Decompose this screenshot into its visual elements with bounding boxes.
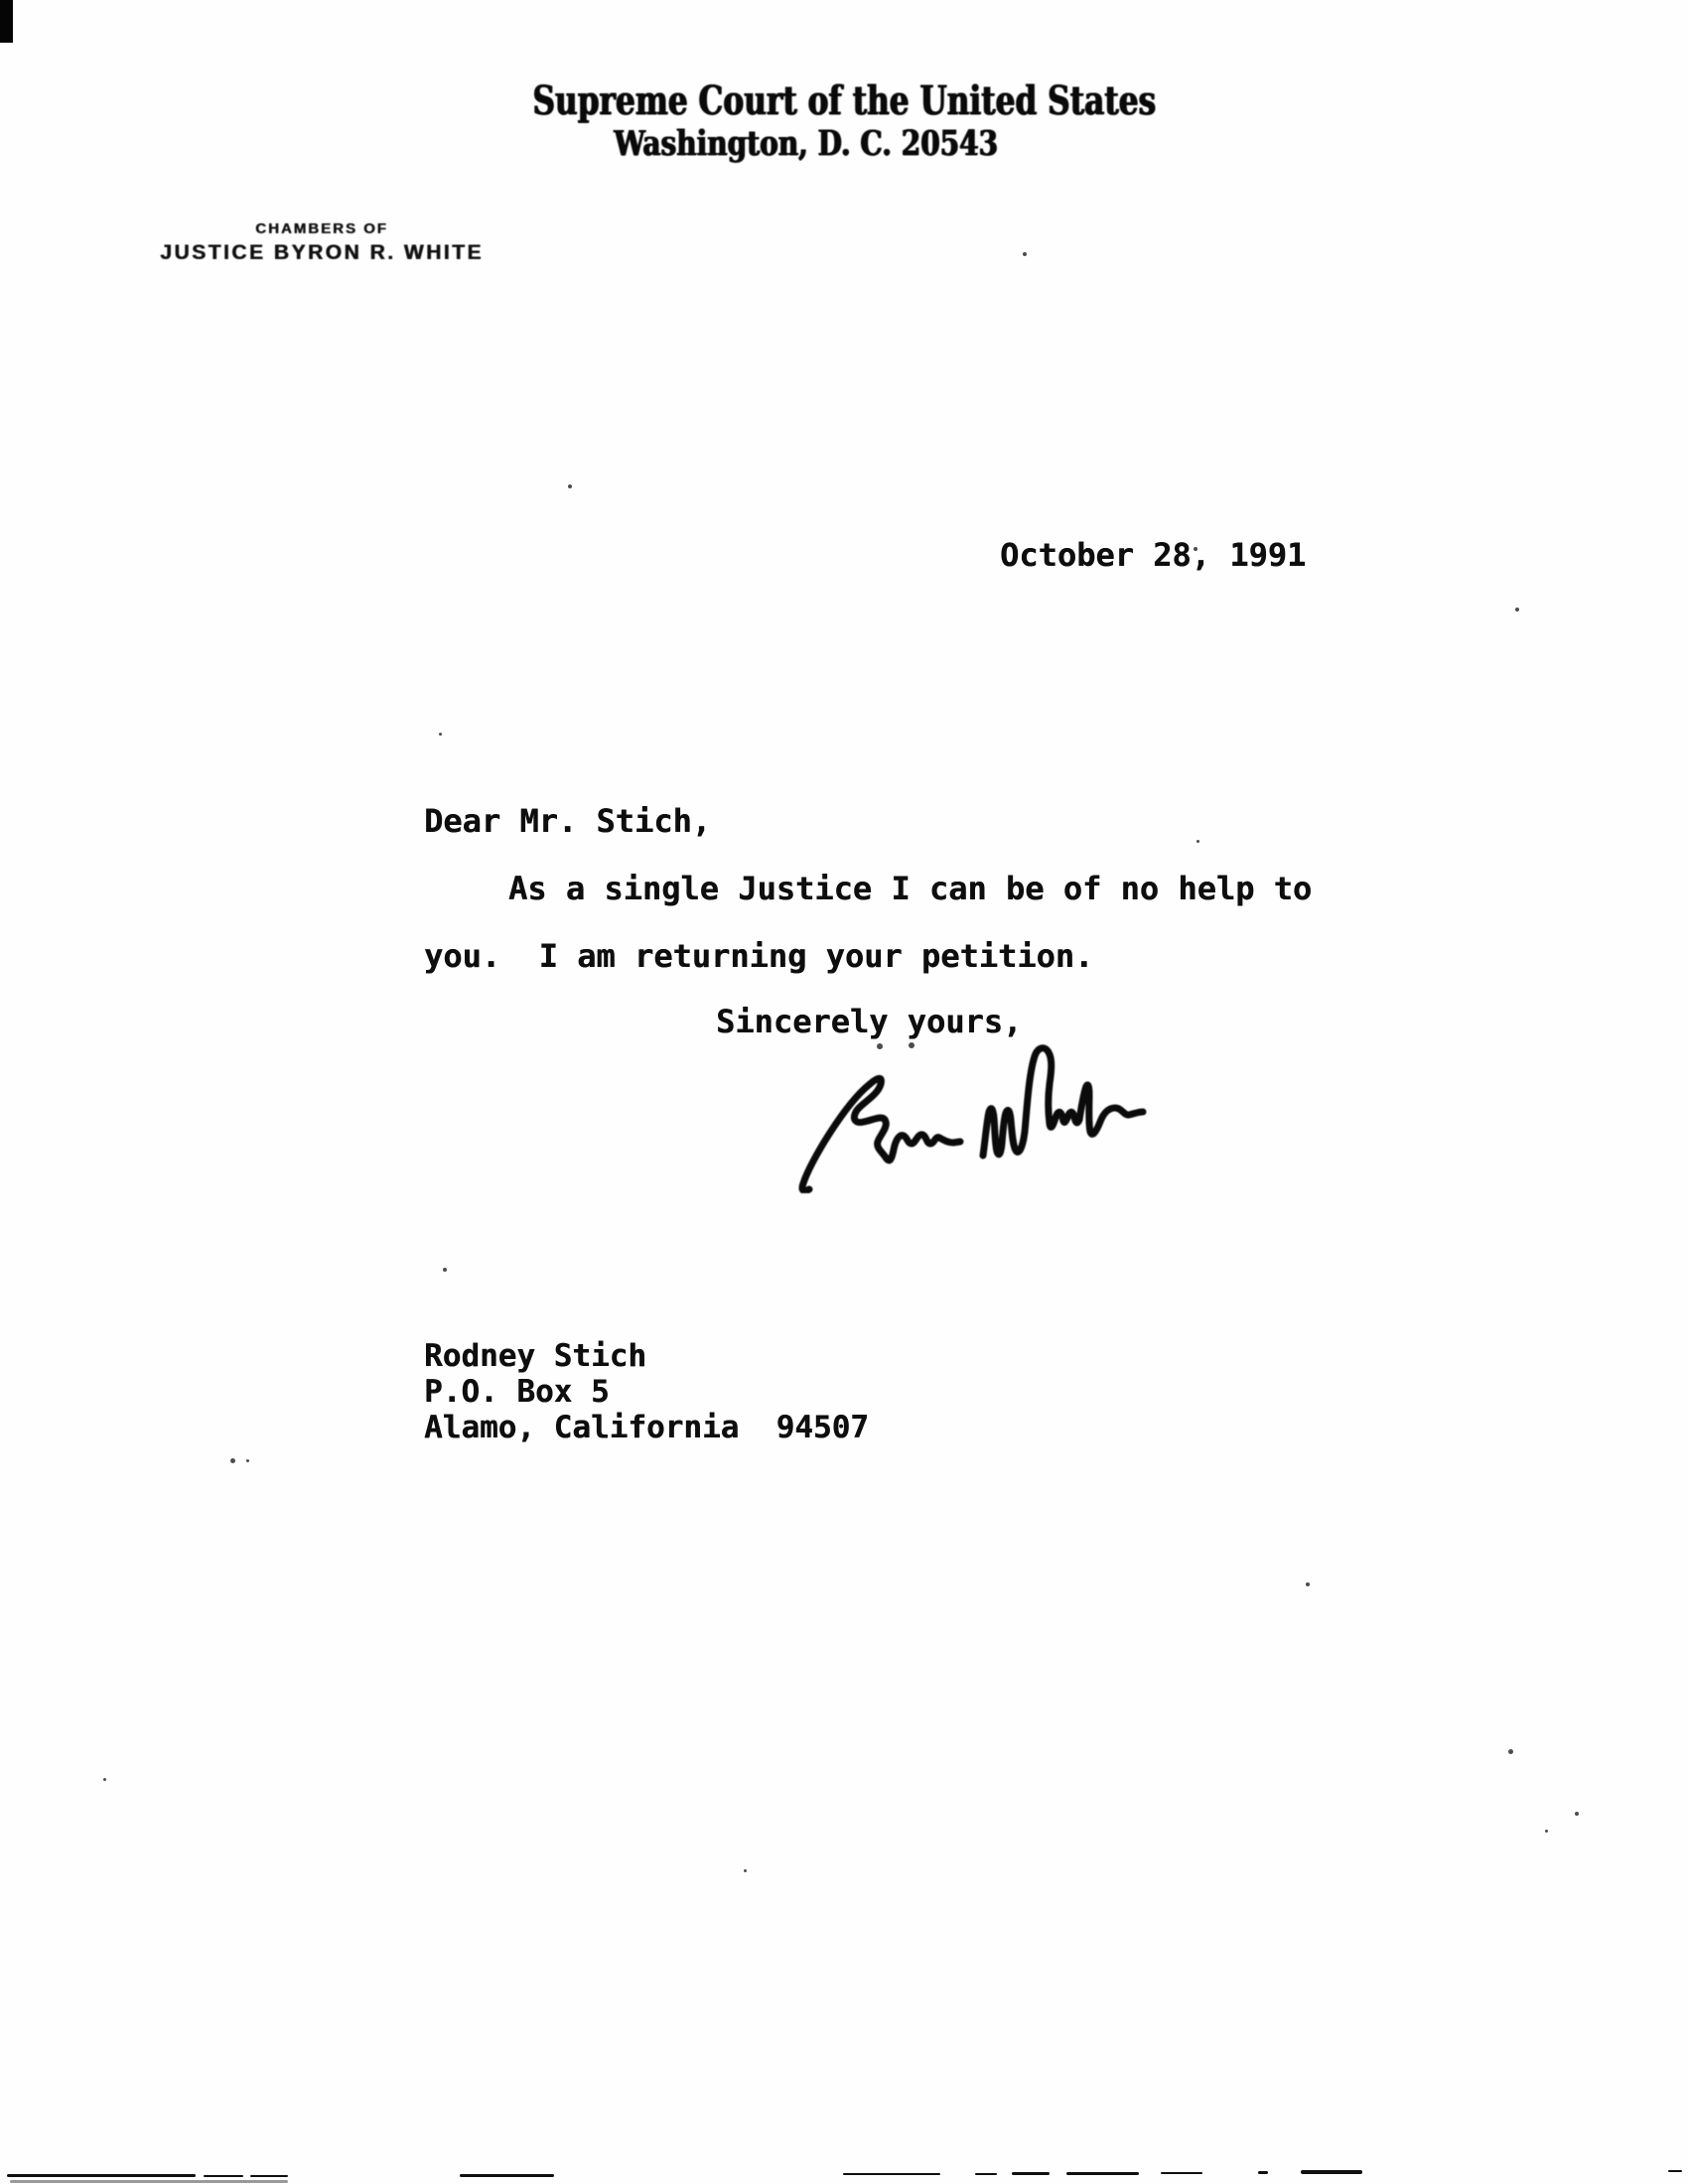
signature-byron-white-icon [790,1044,1148,1193]
scan-speck [1545,1830,1548,1833]
scan-bottom-line-segment [250,2175,288,2177]
scan-speck [568,484,572,488]
scan-speck [1023,252,1027,256]
scan-speck [877,1043,883,1049]
scan-speck [1196,840,1199,843]
scan-speck [744,1869,747,1872]
scan-bottom-line-segment [1301,2170,1362,2174]
scan-speck [1306,1582,1310,1586]
recipient-po-box: P.O. Box 5 [424,1374,869,1410]
scan-bottom-line-segment [10,2180,288,2183]
scan-bottom-line-segment [843,2173,940,2175]
letterhead-city-line: Washington, D. C. 20543 [0,123,1688,165]
letterhead-court-name: Supreme Court of the United States [0,79,1688,123]
letterhead: Supreme Court of the United States Washi… [0,79,1688,165]
chambers-justice-name: JUSTICE BYRON R. WHITE [157,240,487,265]
scan-corner-mark [0,0,13,43]
scan-speck [909,1042,914,1048]
scan-bottom-line-segment [1161,2172,1202,2174]
scan-speck [103,1778,106,1781]
chambers-label: CHAMBERS OF [157,220,487,237]
scan-speck [1194,547,1197,551]
scan-speck [1515,608,1519,612]
scan-speck [439,733,442,736]
recipient-address: Rodney Stich P.O. Box 5 Alamo, Californi… [424,1338,869,1445]
letter-date: October 28, 1991 [1000,538,1306,572]
salutation: Dear Mr. Stich, [424,804,711,838]
letter-page: Supreme Court of the United States Washi… [0,0,1688,2184]
scan-speck [1575,1812,1579,1816]
scan-bottom-line-segment [1668,2170,1682,2172]
scan-bottom-line-segment [1066,2172,1139,2175]
scan-bottom-line-segment [1258,2171,1268,2174]
scan-speck [230,1458,235,1463]
chambers-block: CHAMBERS OF JUSTICE BYRON R. WHITE [157,220,487,265]
body-line-2: you. I am returning your petition. [424,939,1093,973]
scan-bottom-line-segment [460,2174,554,2177]
scan-bottom-line-segment [1012,2172,1050,2175]
recipient-city-state-zip: Alamo, California 94507 [424,1410,869,1445]
scan-bottom-line-segment [7,2174,196,2177]
body-line-1: As a single Justice I can be of no help … [508,872,1312,905]
recipient-name: Rodney Stich [424,1338,869,1374]
scan-speck [1508,1749,1513,1754]
scan-speck [246,1459,249,1462]
closing: Sincerely yours, [716,1005,1022,1038]
scan-bottom-line-segment [204,2175,243,2177]
scan-speck [443,1268,447,1272]
scan-bottom-line-segment [975,2173,997,2175]
